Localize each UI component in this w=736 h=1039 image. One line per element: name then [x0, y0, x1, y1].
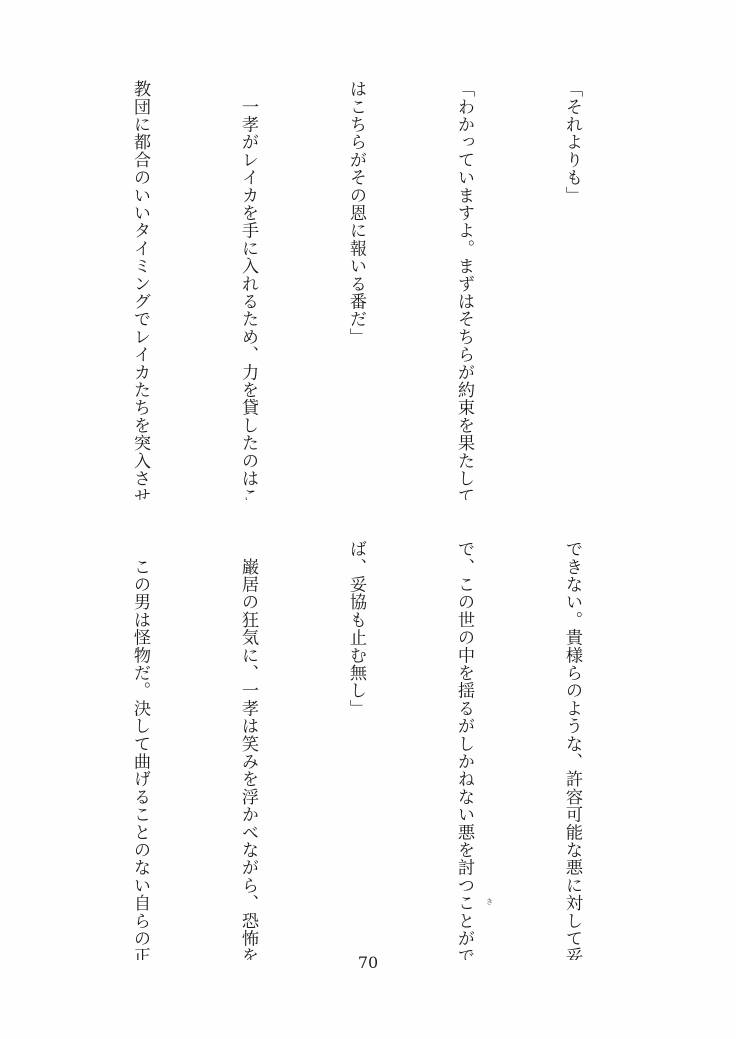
text-column: ば、妥協も止む無し」 — [338, 540, 374, 960]
ruby-reading: き — [486, 897, 493, 907]
text-column: 「それよりも」 — [554, 80, 590, 500]
book-page: 「それよりも」 「わかっていますよ。まずはそちらが約束を果たしてくれた。あと は… — [0, 0, 736, 1039]
text-column: 一孝がレイカを手に入れるため、力を貸したのはこの男だった。 — [230, 80, 266, 500]
text-column: はこちらがその恩に報いる番だ」 — [338, 80, 374, 500]
text-column: 巌居の狂気に、一孝は笑みを浮かべながら、恐怖を抱いていた。 — [230, 540, 266, 960]
text-column: 教団に都合のいいタイミングでレイカたちを突入させ、最初に一孝 — [122, 80, 158, 500]
text-column: 「わかっていますよ。まずはそちらが約束を果たしてくれた。あと — [446, 80, 482, 500]
text-column: できない。貴様らのような、許容可能な悪に対して妥協すること — [554, 540, 590, 960]
text-column: この男は怪物だ。決して曲げることのない自らの正義をその内側 — [122, 540, 158, 960]
text-tier-top: 「それよりも」 「わかっていますよ。まずはそちらが約束を果たしてくれた。あと は… — [92, 80, 662, 500]
text-column: で、この世の中を揺るがしかねない悪を討つことができるのなら — [446, 540, 482, 960]
text-tier-bottom: できない。貴様らのような、許容可能な悪に対して妥協すること で、この世の中を揺る… — [92, 540, 662, 960]
page-number: 70 — [0, 953, 736, 972]
